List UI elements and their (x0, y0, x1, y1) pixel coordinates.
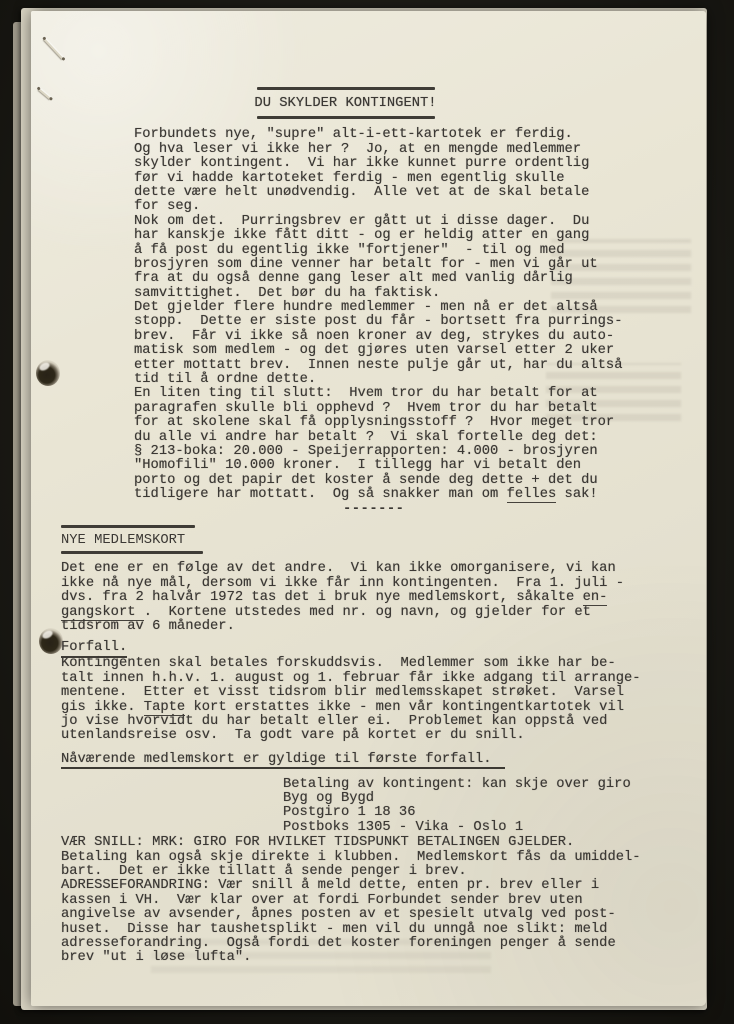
payment-details-block: Betaling av kontingent: kan skje over gi… (283, 778, 706, 836)
text-line: samvittighet. Det bør du ha faktisk. (134, 287, 706, 301)
due-paragraph: Kontingenten skal betales forskuddsvis. … (61, 657, 706, 743)
text-line: Postgiro 1 18 36 (283, 806, 706, 820)
page-title: DU SKYLDER KONTINGENT! (23, 97, 668, 111)
text-line: for seg. (134, 200, 706, 214)
text-line: VÆR SNILL: MRK: GIRO FOR HVILKET TIDSPUN… (61, 836, 706, 850)
text-line: ikke nå nye mål, dersom vi ikke får inn … (61, 577, 706, 591)
text-line: mentene. Etter et visst tidsrom blir med… (61, 686, 706, 700)
text-segment: tidligere har mottatt. Og så snakker man… (134, 487, 507, 502)
text-segment: stopp. Dette er siste post du får - bort… (134, 314, 623, 329)
text-segment: Forbundets nye, "supre" alt-i-ett-kartot… (134, 127, 573, 142)
text-line: fra at du også denne gang leser alt med … (134, 272, 706, 286)
text-segment: Postgiro 1 18 36 (283, 805, 415, 820)
text-line: skylder kontingent. Vi har ikke kunnet p… (134, 157, 706, 171)
subheading-validity-label: Nåværende medlemskort er gyldige til før… (61, 753, 505, 769)
text-segment: fra at du også denne gang leser alt med … (134, 271, 573, 286)
text-segment: angivelse av avsender, åpnes posten av e… (61, 907, 616, 922)
section-heading: NYE MEDLEMSKORT (61, 534, 706, 548)
text-line: å få post du egentlig ikke "fortjener" -… (134, 244, 706, 258)
heading-overline (61, 525, 195, 528)
text-line: du alle vi andre har betalt ? Vi skal fo… (134, 431, 706, 445)
heading-underline (61, 551, 203, 554)
title-overline (257, 87, 435, 90)
text-segment: samvittighet. Det bør du ha faktisk. (134, 286, 440, 301)
text-segment: bart. Det er ikke tillatt å sende penger… (61, 864, 467, 879)
text-line: Forbundets nye, "supre" alt-i-ett-kartot… (134, 128, 706, 142)
text-segment: gis ikke. (61, 700, 144, 715)
title-block: DU SKYLDER KONTINGENT! (23, 87, 668, 119)
text-line: Nok om det. Purringsbrev er gått ut i di… (134, 215, 706, 229)
text-line: utenlandsreise osv. Ta godt vare på kort… (61, 729, 706, 743)
text-segment: . Kortene utstedes med nr. og navn, og g… (144, 605, 591, 620)
document-body: DU SKYLDER KONTINGENT! Forbundets nye, "… (31, 11, 706, 1006)
title-underline (257, 116, 435, 119)
text-segment: har kanskje ikke fått ditt - og er heldi… (134, 228, 589, 243)
text-line: gangskort . Kortene utstedes med nr. og … (61, 606, 706, 620)
text-segment: VÆR SNILL: MRK: GIRO FOR HVILKET TIDSPUN… (61, 835, 574, 850)
underlined-text: felles (507, 487, 557, 503)
text-segment: å få post du egentlig ikke "fortjener" -… (134, 243, 565, 258)
text-segment: mentene. Etter et visst tidsrom blir med… (61, 685, 624, 700)
text-line: En liten ting til slutt: Hvem tror du ha… (134, 387, 706, 401)
text-segment: dvs. fra 2 halvår 1972 tas det i bruk ny… (61, 590, 583, 605)
text-segment: Og hva leser vi ikke her ? Jo, at en men… (134, 142, 581, 157)
text-segment: Betaling kan også skje direkte i klubben… (61, 850, 641, 865)
text-line: for at skolene skal få opplysningsstoff … (134, 416, 706, 430)
text-line: porto og det papir det koster å sende de… (134, 474, 706, 488)
text-segment: før vi hadde kartoteket ferdig - men ege… (134, 171, 565, 186)
text-segment: Kontingenten skal betales forskuddsvis. … (61, 656, 616, 671)
intro-paragraph: Forbundets nye, "supre" alt-i-ett-kartot… (134, 128, 706, 502)
text-segment: sak! (556, 487, 597, 502)
text-segment: Det ene er en følge av det andre. Vi kan… (61, 561, 616, 576)
text-segment: utenlandsreise osv. Ta godt vare på kort… (61, 728, 525, 743)
new-cards-paragraph: Det ene er en følge av det andre. Vi kan… (61, 562, 706, 634)
text-line: ADRESSEFORANDRING: Vær snill å meld dett… (61, 879, 706, 893)
text-segment: § 213-boka: 20.000 - Speijerrapporten: 4… (134, 444, 598, 459)
text-line: gis ikke. Tapte kort erstattes ikke - me… (61, 701, 706, 715)
text-segment: brev. Får vi ikke så noen kroner av deg,… (134, 329, 614, 344)
text-line: stopp. Dette er siste post du får - bort… (134, 315, 706, 329)
text-segment: brev "ut i løse lufta". (61, 950, 251, 965)
text-line: Postboks 1305 - Vika - Oslo 1 (283, 821, 706, 835)
text-segment: etter mottatt brev. Innen neste pulje gå… (134, 358, 623, 373)
text-segment: huset. Disse har taushetsplikt - men vil… (61, 922, 607, 937)
text-segment: En liten ting til slutt: Hvem tror du ha… (134, 386, 598, 401)
text-segment: matisk som medlem - og det gjøres uten v… (134, 343, 614, 358)
text-line: matisk som medlem - og det gjøres uten v… (134, 344, 706, 358)
heading-block-new-cards: NYE MEDLEMSKORT (61, 525, 706, 554)
text-line: Kontingenten skal betales forskuddsvis. … (61, 657, 706, 671)
text-segment: dette være helt unødvendig. Alle vet at … (134, 185, 589, 200)
text-segment: paragrafen skulle bli opphevd ? Hvem tro… (134, 401, 598, 416)
section-separator: ------- (343, 503, 706, 517)
text-segment: ikke nå nye mål, dersom vi ikke får inn … (61, 576, 624, 591)
payment-instructions-paragraph: VÆR SNILL: MRK: GIRO FOR HVILKET TIDSPUN… (61, 836, 706, 966)
document-page: DU SKYLDER KONTINGENT! Forbundets nye, "… (31, 11, 706, 1006)
text-segment: kort erstattes ikke - men vår kontingent… (185, 700, 624, 715)
text-line: dette være helt unødvendig. Alle vet at … (134, 186, 706, 200)
text-segment: Nok om det. Purringsbrev er gått ut i di… (134, 214, 589, 229)
text-line: Det ene er en følge av det andre. Vi kan… (61, 562, 706, 576)
text-line: har kanskje ikke fått ditt - og er heldi… (134, 229, 706, 243)
text-segment: for at skolene skal få opplysningsstoff … (134, 415, 614, 430)
text-segment: jo vise hvorvidt du har betalt eller ei.… (61, 714, 607, 729)
text-line: talt innen h.h.v. 1. august og 1. februa… (61, 672, 706, 686)
text-segment: ADRESSEFORANDRING: Vær snill å meld dett… (61, 878, 599, 893)
text-segment: Byg og Bygd (283, 791, 374, 806)
text-segment: du alle vi andre har betalt ? Vi skal fo… (134, 430, 598, 445)
text-line: etter mottatt brev. Innen neste pulje gå… (134, 359, 706, 373)
text-segment: kassen i VH. Vær klar over at fordi Forb… (61, 893, 583, 908)
text-segment: Det gjelder flere hundre medlemmer - men… (134, 300, 598, 315)
text-line: "Homofili" 10.000 kroner. I tillegg har … (134, 459, 706, 473)
text-line: angivelse av avsender, åpnes posten av e… (61, 908, 706, 922)
text-segment: skylder kontingent. Vi har ikke kunnet p… (134, 156, 589, 171)
text-segment: tid til å ordne dette. (134, 372, 316, 387)
text-line: tidligere har mottatt. Og så snakker man… (134, 488, 706, 502)
text-segment: Betaling av kontingent: kan skje over gi… (283, 777, 631, 792)
text-segment: talt innen h.h.v. 1. august og 1. februa… (61, 671, 641, 686)
text-segment: tidsrom av 6 måneder. (61, 619, 235, 634)
text-segment: Postboks 1305 - Vika - Oslo 1 (283, 820, 523, 835)
text-line: Betaling kan også skje direkte i klubben… (61, 851, 706, 865)
text-line: Betaling av kontingent: kan skje over gi… (283, 778, 706, 792)
subheading-validity: Nåværende medlemskort er gyldige til før… (61, 753, 706, 770)
text-segment: adresseforandring. Også fordi det koster… (61, 936, 616, 951)
text-segment: "Homofili" 10.000 kroner. I tillegg har … (134, 458, 581, 473)
text-segment: porto og det papir det koster å sende de… (134, 473, 598, 488)
text-line: huset. Disse har taushetsplikt - men vil… (61, 923, 706, 937)
text-segment: brosjyren som dine venner har betalt for… (134, 257, 598, 272)
text-line: dvs. fra 2 halvår 1972 tas det i bruk ny… (61, 591, 706, 605)
subheading-forfall: Forfall. (61, 641, 706, 657)
text-segment: for seg. (134, 199, 200, 214)
text-line: tidsrom av 6 måneder. (61, 620, 706, 634)
text-line: brev "ut i løse lufta". (61, 951, 706, 965)
text-line: før vi hadde kartoteket ferdig - men ege… (134, 172, 706, 186)
